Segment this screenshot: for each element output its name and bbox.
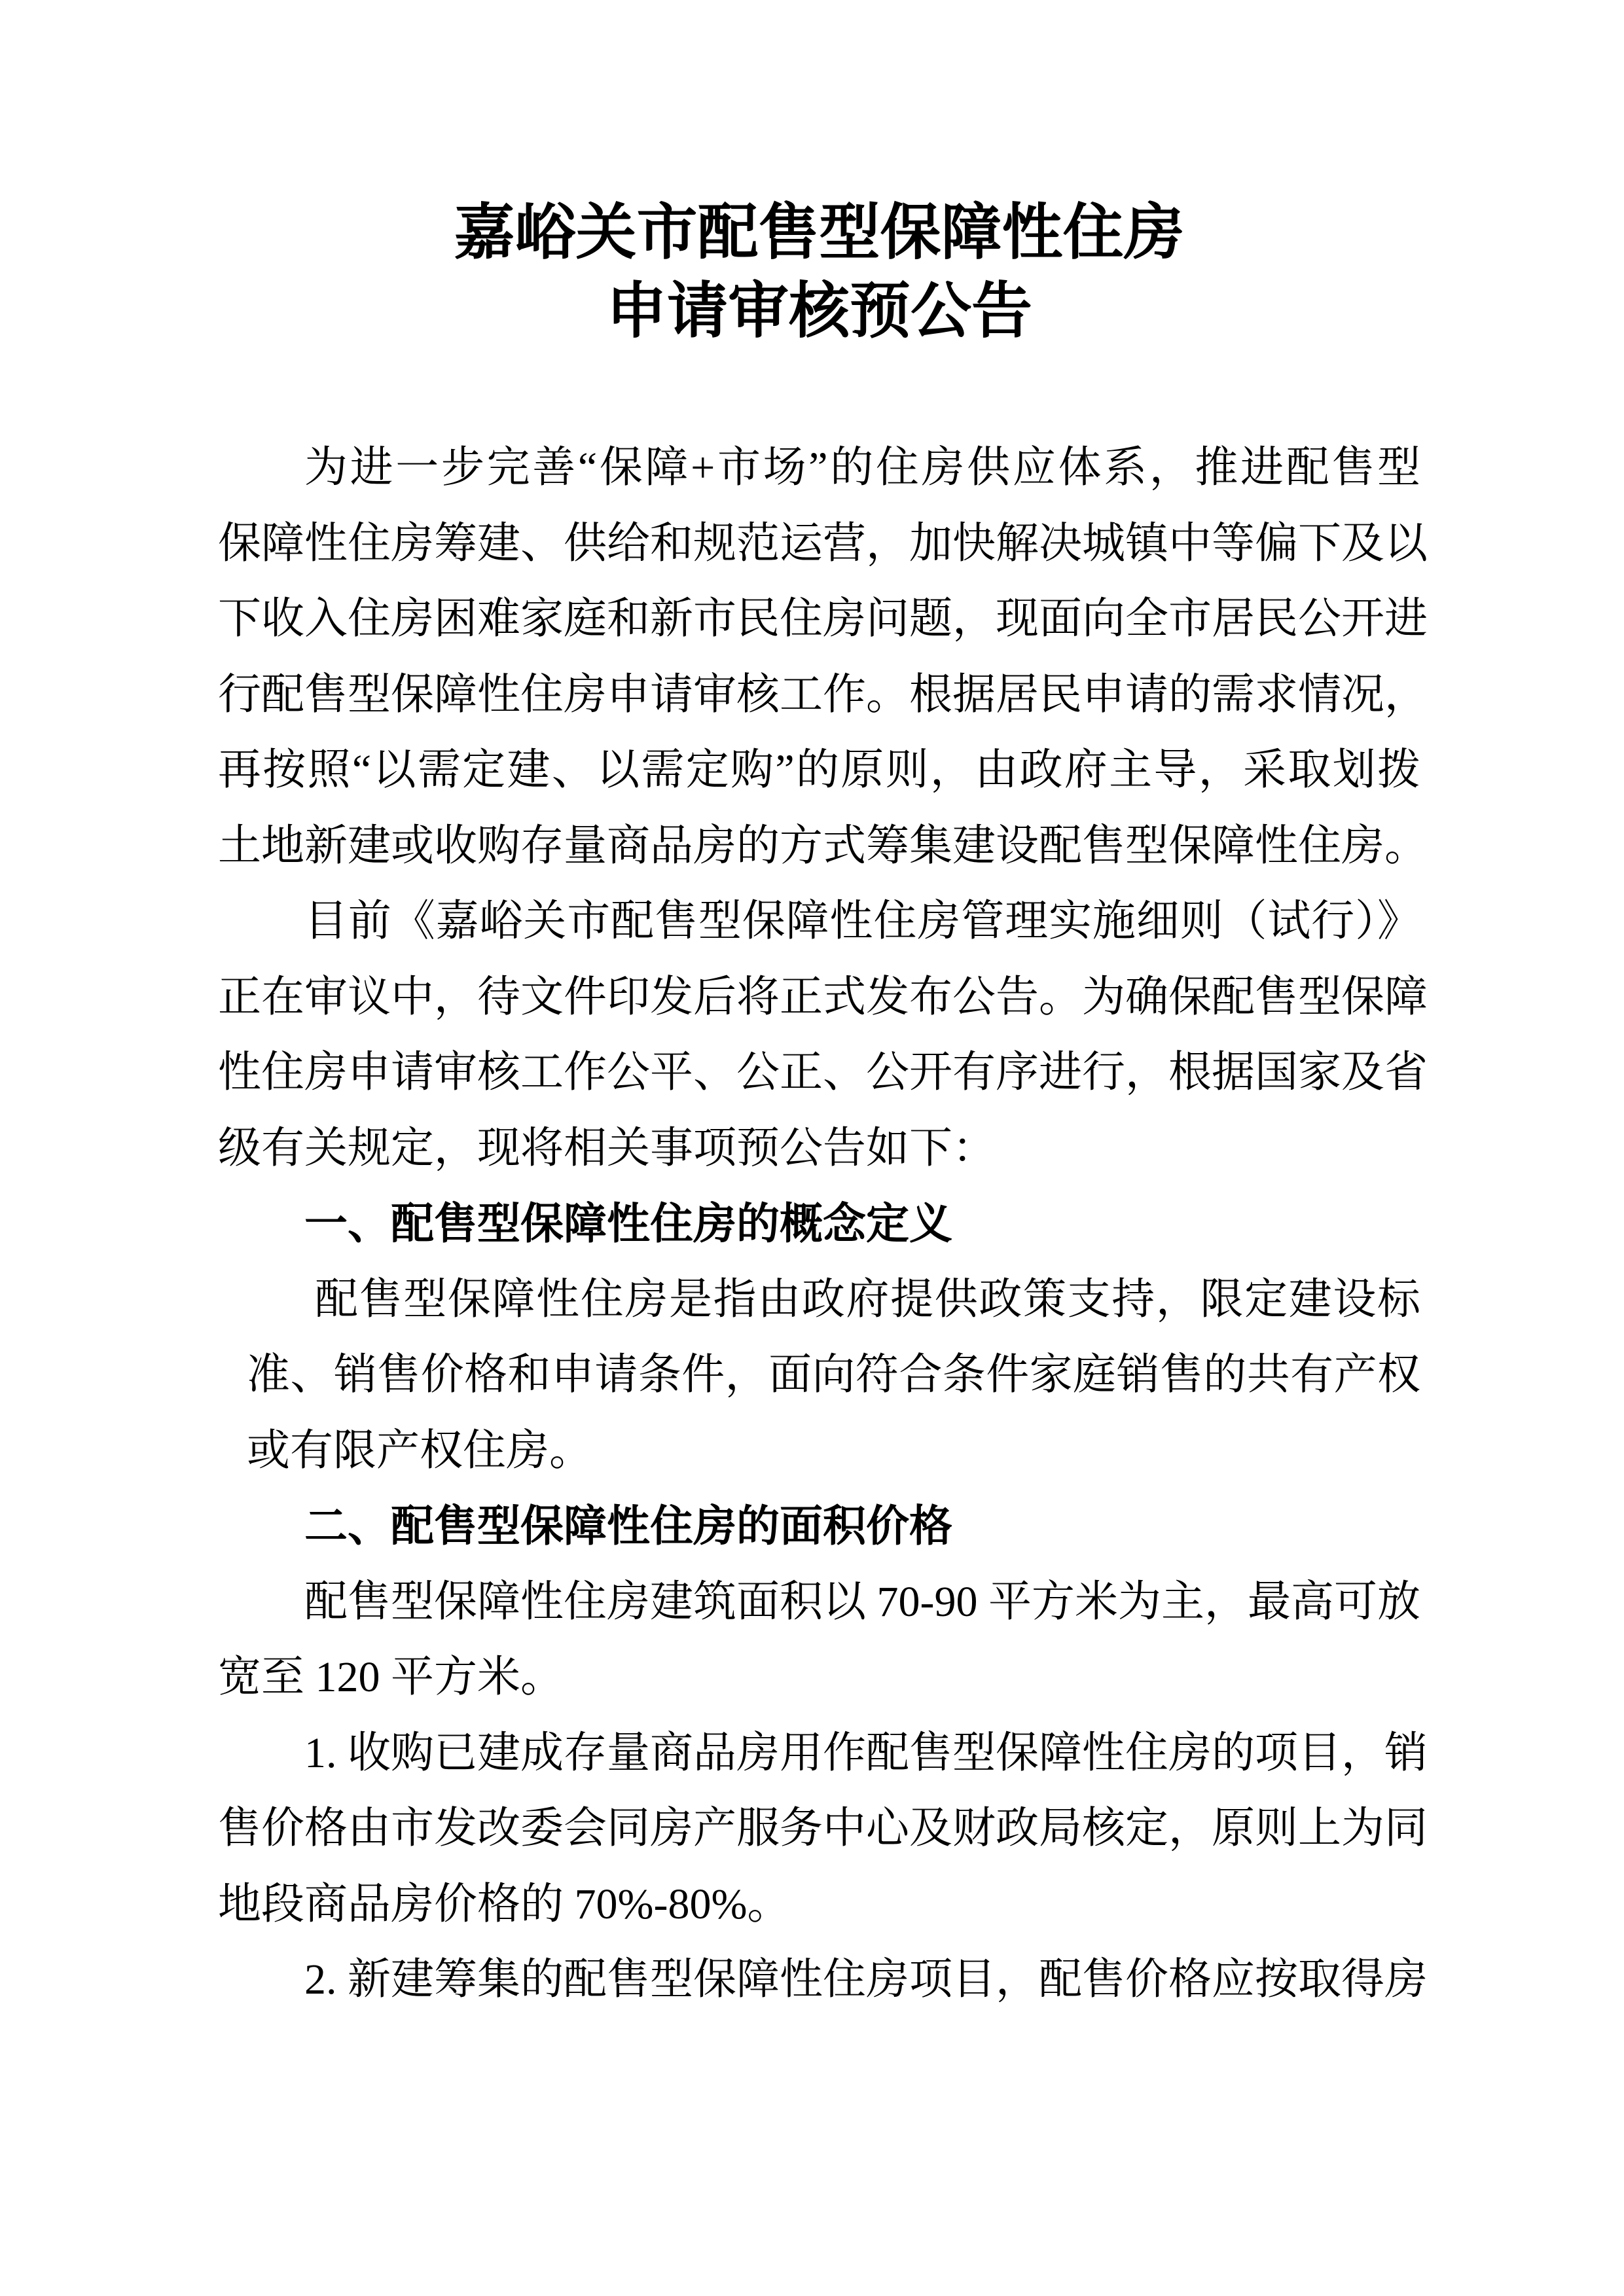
body-line: 目前《嘉峪关市配售型保障性住房管理实施细则（试行）》 (218, 884, 1420, 960)
body-line: 地段商品房价格的 70%-80%。 (218, 1867, 1420, 1943)
body-line: 为进一步完善“保障+市场”的住房供应体系，推进配售型 (218, 430, 1420, 506)
body-line: 1. 收购已建成存量商品房用作配售型保障性住房的项目，销 (218, 1715, 1420, 1791)
body-line: 下收入住房困难家庭和新市民住房问题，现面向全市居民公开进 (218, 581, 1420, 657)
title-line-1: 嘉峪关市配售型保障性住房 (218, 194, 1420, 273)
document-page: 嘉峪关市配售型保障性住房 申请审核预公告 为进一步完善“保障+市场”的住房供应体… (0, 0, 1624, 2296)
title-line-2: 申请审核预公告 (218, 273, 1420, 351)
body-line: 土地新建或收购存量商品房的方式筹集建设配售型保障性住房。 (218, 808, 1420, 884)
document-title: 嘉峪关市配售型保障性住房 申请审核预公告 (218, 194, 1420, 351)
body-line: 配售型保障性住房建筑面积以 70-90 平方米为主，最高可放 (218, 1564, 1420, 1640)
document-body: 为进一步完善“保障+市场”的住房供应体系，推进配售型 保障性住房筹建、供给和规范… (218, 430, 1420, 2018)
body-line: 正在审议中，待文件印发后将正式发布公告。为确保配售型保障 (218, 960, 1420, 1035)
body-line: 售价格由市发改委会同房产服务中心及财政局核定，原则上为同 (218, 1791, 1420, 1867)
body-line: 再按照“以需定建、以需定购”的原则，由政府主导，采取划拨 (218, 732, 1420, 808)
body-line: 或有限产权住房。 (218, 1413, 1420, 1489)
section-heading-2: 二、配售型保障性住房的面积价格 (218, 1488, 1420, 1564)
body-line: 宽至 120 平方米。 (218, 1640, 1420, 1715)
body-line: 准、销售价格和申请条件，面向符合条件家庭销售的共有产权 (218, 1337, 1420, 1413)
section-heading-1: 一、配售型保障性住房的概念定义 (218, 1186, 1420, 1262)
body-line: 性住房申请审核工作公平、公正、公开有序进行，根据国家及省 (218, 1035, 1420, 1111)
body-line: 行配售型保障性住房申请审核工作。根据居民申请的需求情况， (218, 657, 1420, 733)
body-line: 保障性住房筹建、供给和规范运营，加快解决城镇中等偏下及以 (218, 506, 1420, 582)
body-line: 2. 新建筹集的配售型保障性住房项目，配售价格应按取得房 (218, 1942, 1420, 2018)
body-line: 配售型保障性住房是指由政府提供政策支持，限定建设标 (218, 1262, 1420, 1338)
body-line: 级有关规定，现将相关事项预公告如下： (218, 1111, 1420, 1187)
